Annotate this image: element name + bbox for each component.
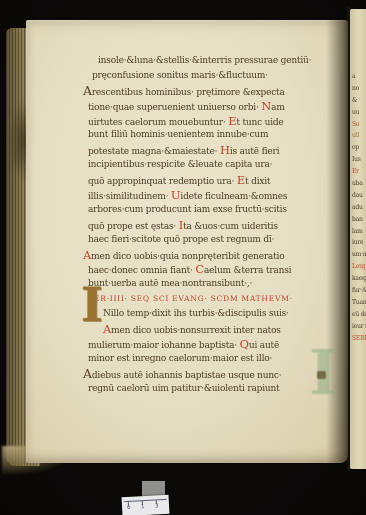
text-line: incipientibus·respicite &leuate capita u…	[88, 158, 324, 173]
facing-page-text-fragment: uu	[352, 107, 366, 119]
facing-page-text-fragment: a	[352, 71, 366, 83]
text-line: Amen dico uobis·nonsurrexit inter natos	[103, 322, 324, 337]
text-line: Nillo temp·dixit ihs turbis·&discipulis …	[103, 307, 324, 322]
facing-page-text-fragment: ull	[352, 130, 366, 142]
facing-page-text-fragment: iure	[352, 237, 366, 249]
initial-knot-ornament	[317, 371, 326, 379]
illuminated-initial-I: I	[81, 282, 95, 332]
text-line: Amen dico uobis·quia nonpręteribit gener…	[83, 248, 324, 263]
text-line: illis·similitudinem· Uidete ficulneam·&o…	[88, 188, 324, 203]
text-line: quō appropinquat redemptio ura· Et dixit	[88, 173, 324, 188]
facing-page-text-fragment: Ius	[352, 154, 366, 166]
manuscript-photo: insole·&luna·&stellis·&interris pressura…	[0, 0, 366, 515]
facing-page-text-fragment: ieur f	[352, 321, 366, 333]
ruler-line	[124, 499, 167, 502]
text-line: Arescentibus hominibus· prętimore &expec…	[83, 84, 324, 99]
facing-page-text-fragment: fur·A	[352, 285, 366, 297]
facing-page-text-fragment: kaeq	[352, 273, 366, 285]
facing-page-text-fragment: Er	[352, 166, 366, 178]
text-line: haec·donec omnia fiant· Caelum &terra tr…	[88, 262, 324, 277]
text-line: tione·quae superuenient uniuerso orbi· N…	[88, 99, 324, 114]
text-line: pręconfusione sonitus maris·&fluctuum·	[92, 69, 324, 84]
facing-page-fragments: ano&uuSoullopIusErubadauadubanlamiureum·…	[352, 71, 366, 344]
text-line: quō prope est ęstas· Ita &uos·cum uideri…	[88, 218, 324, 233]
text-line: insole·&luna·&stellis·&interris pressura…	[98, 54, 324, 69]
text-line: minor est inregno caelorum·maior est ill…	[88, 352, 324, 367]
facing-page-text-fragment: op	[352, 142, 366, 154]
text-line: Adiebus autē iohannis baptistae usque nu…	[83, 367, 324, 382]
ruler-digit: 3	[155, 503, 159, 509]
text-line: potestate magna·&maiestate· His autē fie…	[88, 143, 324, 158]
text-line: haec fieri·scitote quō prope est regnum …	[88, 233, 324, 248]
facing-page-text-fragment: no	[352, 83, 366, 95]
ruler-digit: 1	[141, 504, 145, 510]
facing-page-text-fragment: uba	[352, 178, 366, 190]
text-line: arbores·cum producunt iam exse fructū·sc…	[88, 203, 324, 218]
facing-page-text-fragment: &	[352, 95, 366, 107]
facing-page-text-fragment: Tuand	[352, 297, 366, 309]
text-line: bunt·uerba autē mea·nontransibunt·,·	[88, 277, 324, 292]
facing-page-text-fragment: um·a	[352, 249, 366, 261]
facing-page-text-fragment: ban	[352, 214, 366, 226]
text-line: regnū caelorū uim patitur·&uiolenti rapi…	[88, 382, 324, 397]
rubric-line: FER·IIII· SEQ SCI EVANG· SCDM MATHEVM·	[88, 292, 324, 307]
facing-page-text-fragment: So	[352, 119, 366, 131]
facing-page-text-fragment: eū de	[352, 309, 366, 321]
scale-label: 6 1 3	[122, 495, 170, 515]
facing-page-text-fragment: Letq	[352, 261, 366, 273]
facing-page-text-fragment: adu	[352, 202, 366, 214]
text-line: bunt filiū hominis·uenientem innube·cum	[88, 128, 324, 143]
ruler-digit: 6	[127, 505, 131, 511]
text-line: uirtutes caelorum mouebuntur· Et tunc ui…	[88, 114, 324, 129]
text-line: mulierum·maior iohanne baptista· Qui aut…	[88, 337, 324, 352]
facing-page-text-fragment: dau	[352, 190, 366, 202]
facing-page-text-fragment: SERIA	[352, 333, 366, 345]
facing-page-text-fragment: lam	[352, 226, 366, 238]
text-block: insole·&luna·&stellis·&interris pressura…	[88, 54, 324, 396]
